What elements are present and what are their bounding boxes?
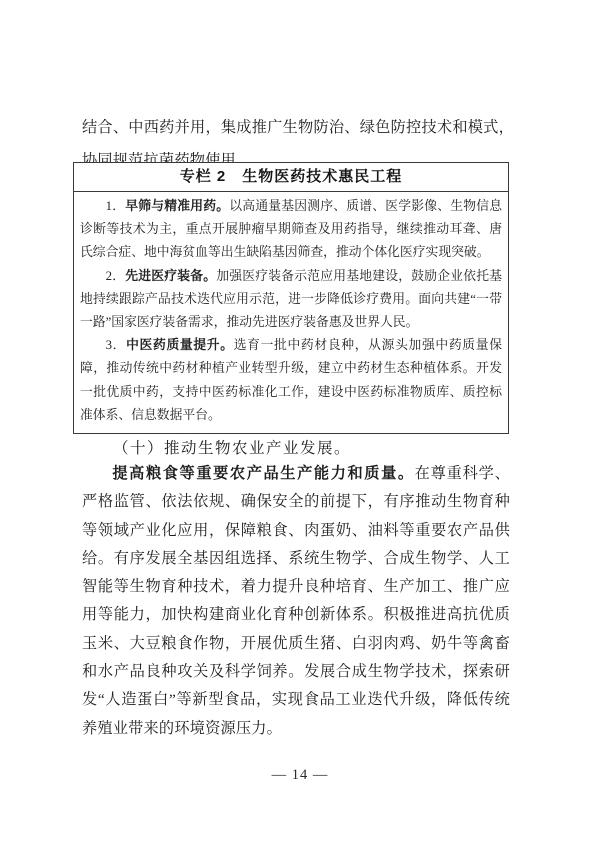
box-item-2: 2．先进医疗装备。加强医疗装备示范应用基地建设，鼓励企业依托基地持续跟踪产品技术…	[80, 265, 502, 335]
box-item-3-number: 3．	[106, 338, 127, 352]
box-item-1-label: 早筛与精准用药。	[125, 199, 229, 213]
box-item-3-label: 中医药质量提升。	[126, 338, 234, 352]
box-item-3: 3．中医药质量提升。选育一批中药材良种，从源头加强中药质量保障，推动传统中药材种…	[80, 334, 502, 427]
box-item-1: 1．早筛与精准用药。以高通量基因测序、质谱、医学影像、生物信息诊断等技术为主，重…	[80, 195, 502, 265]
body-paragraph-text: 在尊重科学、严格监管、依法依规、确保安全的前提下，有序推动生物育种等领域产业化应…	[82, 465, 510, 737]
feature-box-title: 专栏 2 生物医药技术惠民工程	[74, 163, 508, 192]
page-number: — 14 —	[0, 767, 600, 784]
box-item-2-number: 2．	[106, 269, 126, 283]
feature-box-body: 1．早筛与精准用药。以高通量基因测序、质谱、医学影像、生物信息诊断等技术为主，重…	[74, 192, 508, 433]
section-heading-10: （十）推动生物农业产业发展。	[82, 436, 512, 458]
body-paragraph: 提高粮食等重要农产品生产能力和质量。在尊重科学、严格监管、依法依规、确保安全的前…	[82, 460, 510, 743]
body-paragraph-lead: 提高粮食等重要农产品生产能力和质量。	[112, 465, 414, 482]
document-page: 结合、中西药并用，集成推广生物防治、绿色防控技术和模式，协同规范抗菌药物使用。 …	[0, 0, 600, 849]
feature-box-column-2: 专栏 2 生物医药技术惠民工程 1．早筛与精准用药。以高通量基因测序、质谱、医学…	[73, 162, 509, 434]
box-item-2-label: 先进医疗装备。	[125, 269, 216, 283]
box-item-1-number: 1．	[106, 199, 126, 213]
